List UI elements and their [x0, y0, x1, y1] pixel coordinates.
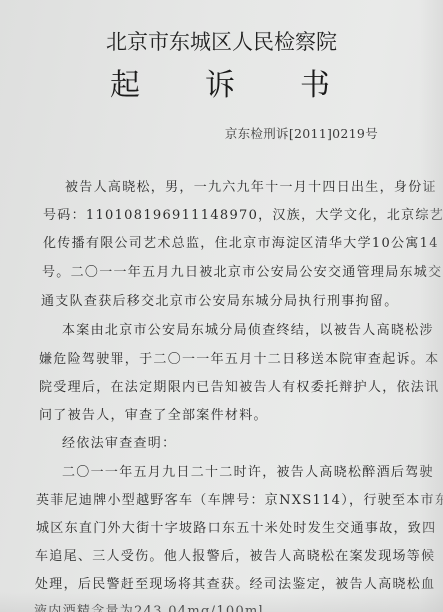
text-line: 处理，后民警赶至现场将其查获。经司法鉴定，被告人高晓松血 — [35, 573, 435, 592]
text-line: 号码：110108196911148970，汉族，大学文化，北京综艺晓松文 — [43, 204, 443, 223]
document-number: 京东检刑诉[2011]0219号 — [225, 124, 378, 142]
text-line: 被告人高晓松，男，一九六九年十一月十四日出生，身份证 — [65, 176, 437, 195]
text-line: 英菲尼迪牌小型越野客车（车牌号：京NXS114），行驶至本市东 — [36, 489, 443, 508]
text-line: 经依法审查查明： — [62, 432, 176, 451]
text-line: 嫌危险驾驶罪，于二〇一一年五月十二日移送本院审查起诉。本 — [39, 348, 439, 367]
title-char: 起 — [110, 60, 140, 104]
text-line: 问了被告人，审查了全部案件材料。 — [39, 404, 268, 423]
page-edge-shadow — [419, 0, 443, 612]
text-line: 院受理后，在法定期限内已告知被告人有权委托辩护人，依法讯 — [39, 376, 439, 395]
text-line: 化传播有限公司艺术总监，住北京市海淀区清华大学10公寓14 — [43, 232, 439, 251]
organization-name: 北京市东城区人民检察院 — [0, 26, 443, 56]
document-title: 起 诉 书 — [110, 60, 330, 104]
indictment-document: 北京市东城区人民检察院 起 诉 书 京东检刑诉[2011]0219号 被告人高晓… — [0, 0, 443, 612]
text-line: 二〇一一年五月九日二十二时许，被告人高晓松醉酒后驾驶 — [62, 461, 434, 480]
title-char: 诉 — [205, 60, 235, 104]
text-line: 车追尾、三人受伤。他人报警后，被告人高晓松在案发现场等候 — [35, 545, 435, 564]
text-line: 号。二〇一一年五月九日被北京市公安局公安交通管理局东城交 — [42, 261, 442, 280]
text-line: 本案由北京市公安局东城分局侦查终结，以被告人高晓松涉 — [62, 319, 434, 338]
page-bottom-shadow — [0, 592, 443, 612]
text-line: 通支队查获后移交北京市公安局东城分局执行刑事拘留。 — [41, 290, 399, 309]
text-line: 城区东直门外大街十字坡路口东五十米处时发生交通事故，致四 — [36, 517, 436, 536]
title-char: 书 — [300, 60, 330, 104]
